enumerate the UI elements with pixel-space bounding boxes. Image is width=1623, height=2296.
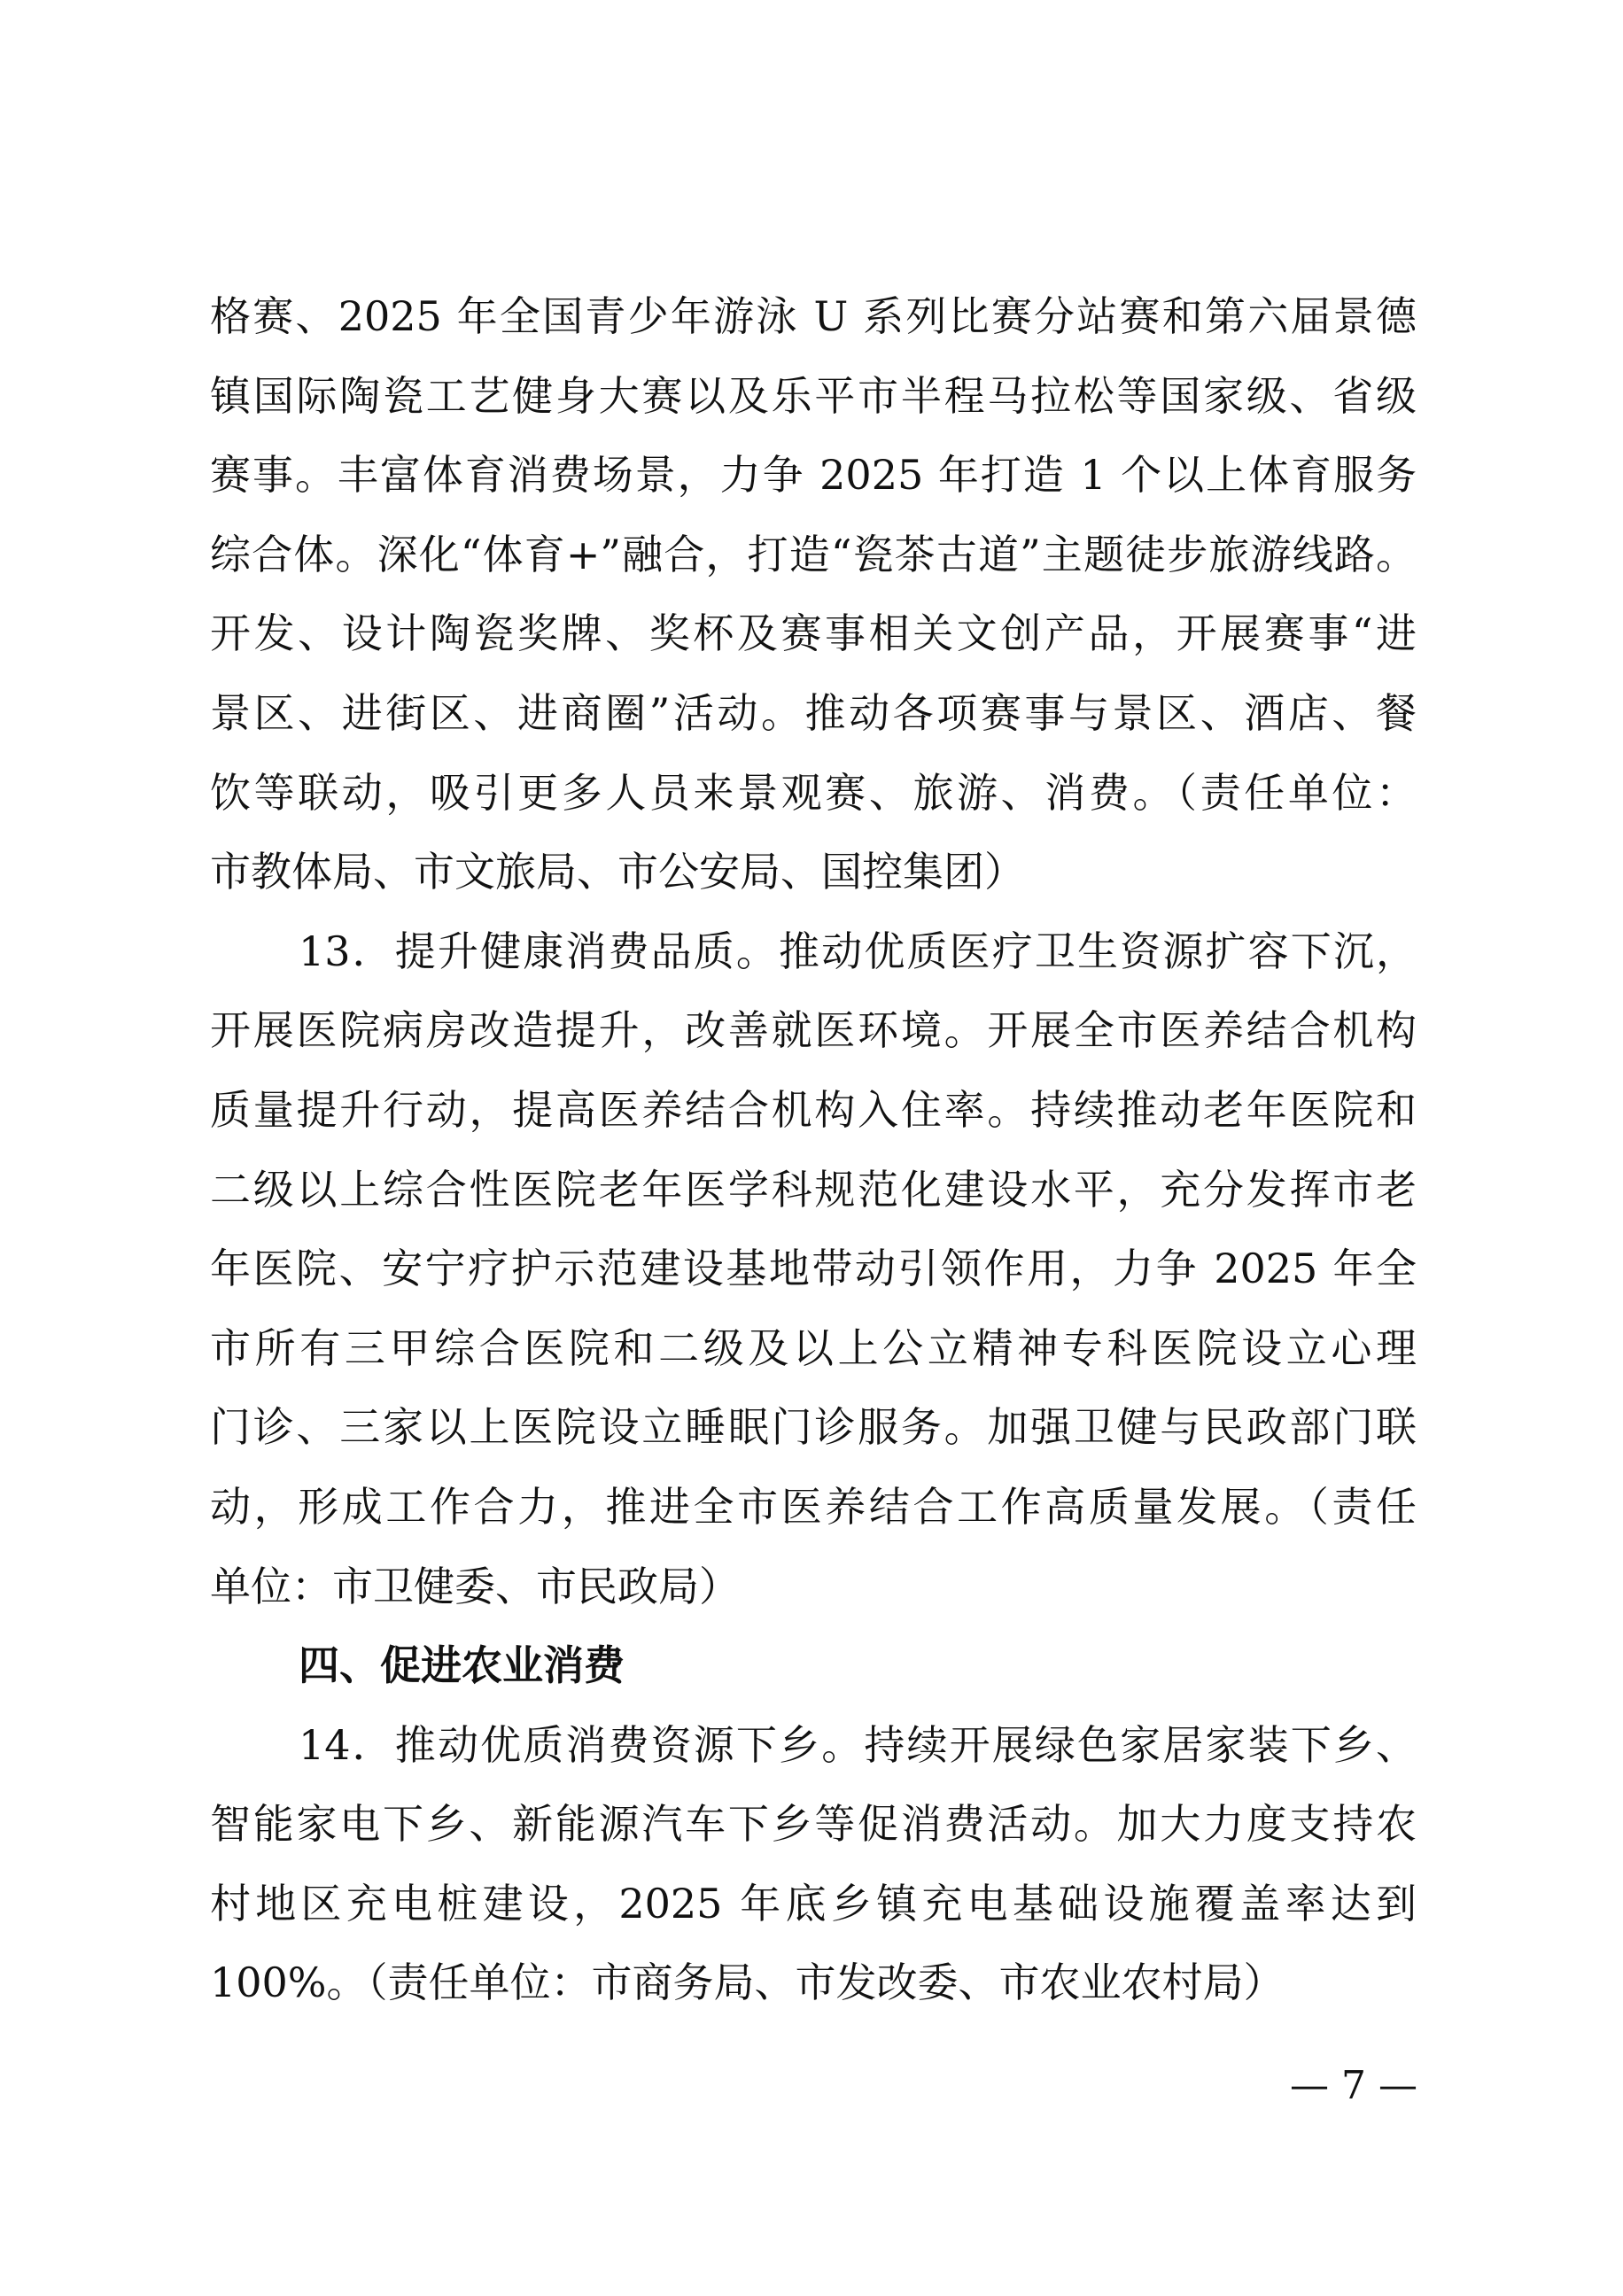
paragraph-line: 赛事。丰富体育消费场景，力争 2025 年打造 1 个以上体育服务 (210, 436, 1417, 516)
paragraph-line: 门诊、三家以上医院设立睡眠门诊服务。加强卫健与民政部门联 (210, 1388, 1417, 1468)
paragraph-line: 市所有三甲综合医院和二级及以上公立精神专科医院设立心理 (210, 1309, 1417, 1389)
paragraph-line: 饮等联动，吸引更多人员来景观赛、旅游、消费。（责任单位： (210, 754, 1417, 834)
paragraph-line: 镇国际陶瓷工艺健身大赛以及乐平市半程马拉松等国家级、省级 (210, 357, 1417, 437)
section-heading: 四、促进农业消费 (210, 1626, 1417, 1706)
paragraph-line: 年医院、安宁疗护示范建设基地带动引领作用，力争 2025 年全 (210, 1229, 1417, 1309)
paragraph-line: 开展医院病房改造提升，改善就医环境。开展全市医养结合机构 (210, 991, 1417, 1071)
paragraph-line: 景区、进街区、进商圈”活动。推动各项赛事与景区、酒店、餐 (210, 674, 1417, 754)
paragraph-line: 100%。（责任单位：市商务局、市发改委、市农业农村局） (210, 1943, 1417, 2023)
paragraph-line: 动，形成工作合力，推进全市医养结合工作高质量发展。（责任 (210, 1468, 1417, 1547)
paragraph-line: 质量提升行动，提高医养结合机构入住率。持续推动老年医院和 (210, 1071, 1417, 1151)
item-13-first-line: 13．提升健康消费品质。推动优质医疗卫生资源扩容下沉， (210, 912, 1417, 992)
paragraph-line: 二级以上综合性医院老年医学科规范化建设水平，充分发挥市老 (210, 1151, 1417, 1230)
page-number: — 7 — (1276, 2059, 1417, 2113)
paragraph-line: 智能家电下乡、新能源汽车下乡等促消费活动。加大力度支持农 (210, 1785, 1417, 1865)
paragraph-line: 市教体局、市文旅局、市公安局、国控集团） (210, 833, 1417, 912)
paragraph-line: 单位：市卫健委、市民政局） (210, 1547, 1417, 1627)
paragraph-line: 开发、设计陶瓷奖牌、奖杯及赛事相关文创产品，开展赛事“进 (210, 594, 1417, 674)
document-page: 格赛、2025 年全国青少年游泳 U 系列比赛分站赛和第六届景德 镇国际陶瓷工艺… (0, 0, 1623, 2296)
paragraph-line: 村地区充电桩建设，2025 年底乡镇充电基础设施覆盖率达到 (210, 1865, 1417, 1944)
body-text: 格赛、2025 年全国青少年游泳 U 系列比赛分站赛和第六届景德 镇国际陶瓷工艺… (210, 277, 1417, 2023)
paragraph-line: 综合体。深化“体育+”融合，打造“瓷茶古道”主题徒步旅游线路。 (210, 516, 1417, 595)
item-14-first-line: 14．推动优质消费资源下乡。持续开展绿色家居家装下乡、 (210, 1706, 1417, 1786)
paragraph-line: 格赛、2025 年全国青少年游泳 U 系列比赛分站赛和第六届景德 (210, 277, 1417, 357)
